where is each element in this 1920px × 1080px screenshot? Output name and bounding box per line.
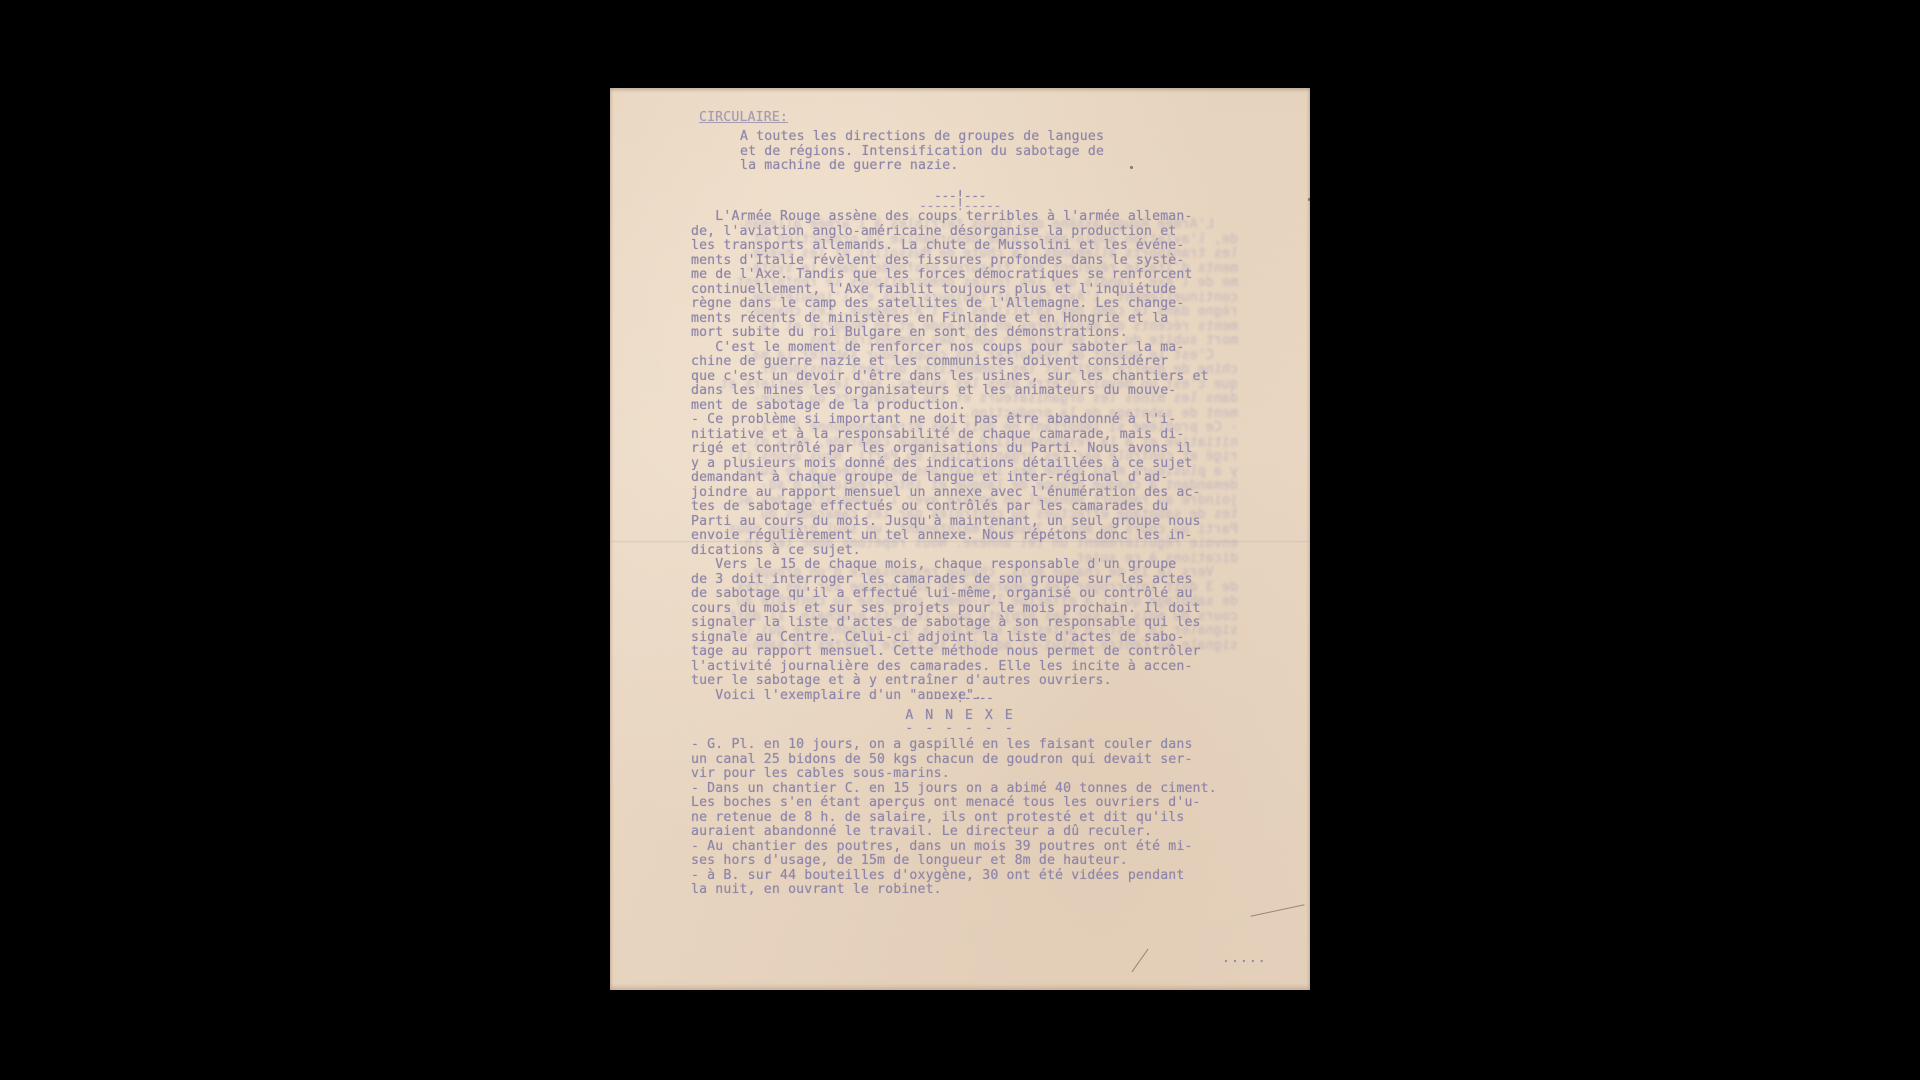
body-line: de 3 doit interroger les camarades de so… (691, 573, 1209, 588)
body-line: de sabotage qu'il a effectué lui-même, o… (691, 587, 1209, 602)
annex-title-underline: - - - - - - (610, 722, 1310, 737)
body-line: tuer le sabotage et à y entraîner d'autr… (691, 674, 1209, 689)
pen-mark (1250, 904, 1304, 916)
annex-line: Les boches s'en étant aperçus ont menacé… (691, 796, 1217, 811)
annex-separator: ----!---- (610, 692, 1310, 707)
annex-line: ne retenue de 8 h. de salaire, ils ont p… (691, 811, 1217, 826)
annex-line: - Dans un chantier C. en 15 jours on a a… (691, 782, 1217, 797)
body-line: joindre au rapport mensuel un annexe ave… (691, 486, 1209, 501)
annex-line: vir pour les cables sous-marins. (691, 767, 1217, 782)
body-line: - Ce problème si important ne doit pas ê… (691, 413, 1209, 428)
body-line: ments récents de ministères en Finlande … (691, 312, 1209, 327)
body-line: règne dans le camp des satellites de l'A… (691, 297, 1209, 312)
body-line: les transports allemands. La chute de Mu… (691, 239, 1209, 254)
annex-line: - à B. sur 44 bouteilles d'oxygène, 30 o… (691, 869, 1217, 884)
pen-mark (1132, 949, 1149, 973)
address-line: A toutes les directions de groupes de la… (740, 130, 1104, 145)
body-line: ment de sabotage de la production. (691, 399, 1209, 414)
body-line: de, l'aviation anglo-américaine désorgan… (691, 225, 1209, 240)
circular-body: L'Armée Rouge assène des coups terribles… (691, 210, 1209, 703)
body-line: continuellement, l'Axe faiblit toujours … (691, 283, 1209, 298)
body-line: tage au rapport mensuel. Cette méthode n… (691, 645, 1209, 660)
annex-line: ses hors d'usage, de 15m de longueur et … (691, 854, 1217, 869)
body-line: dications à ce sujet. (691, 544, 1209, 559)
body-line: demandant à chaque groupe de langue et i… (691, 471, 1209, 486)
document-page: L'Armée Rouge assène des coups terribles… (610, 88, 1310, 990)
annex-line: - G. Pl. en 10 jours, on a gaspillé en l… (691, 738, 1217, 753)
body-line: signaler la liste d'actes de sabotage à … (691, 616, 1209, 631)
address-line: la machine de guerre nazie. (740, 159, 1104, 174)
body-line: y a plusieurs mois donné des indications… (691, 457, 1209, 472)
continuation-ellipsis: ..... (1222, 952, 1267, 967)
body-line: l'activité journalière des camarades. El… (691, 660, 1209, 675)
body-line: tes de sabotage effectués ou contrôlés p… (691, 500, 1209, 515)
body-line: me de l'Axe. Tandis que les forces démoc… (691, 268, 1209, 283)
paper-speck (1130, 166, 1133, 169)
body-line: rigé et contrôlé par les organisations d… (691, 442, 1209, 457)
body-line: envoie régulièrement un tel annexe. Nous… (691, 529, 1209, 544)
annex-line: - Au chantier des poutres, dans un mois … (691, 840, 1217, 855)
body-line: chine de guerre nazie et les communistes… (691, 355, 1209, 370)
body-line: dans les mines les organisateurs et les … (691, 384, 1209, 399)
annex-line: la nuit, en ouvrant le robinet. (691, 883, 1217, 898)
image-viewer: L'Armée Rouge assène des coups terribles… (0, 0, 1920, 1080)
circular-label: CIRCULAIRE: (699, 111, 788, 126)
annex-line: un canal 25 bidons de 50 kgs chacun de g… (691, 753, 1217, 768)
circular-address: A toutes les directions de groupes de la… (740, 130, 1104, 174)
body-line: Parti au cours du mois. Jusqu'à maintena… (691, 515, 1209, 530)
body-line: signale au Centre. Celui-ci adjoint la l… (691, 631, 1209, 646)
paper-speck (1308, 198, 1310, 201)
annex-line: auraient abandonné le travail. Le direct… (691, 825, 1217, 840)
body-line: nitiative et à la responsabilité de chaq… (691, 428, 1209, 443)
body-line: cours du mois et sur ses projets pour le… (691, 602, 1209, 617)
body-line: ments d'Italie révèlent des fissures pro… (691, 254, 1209, 269)
annex-list: - G. Pl. en 10 jours, on a gaspillé en l… (691, 738, 1217, 898)
body-line: C'est le moment de renforcer nos coups p… (691, 341, 1209, 356)
body-line: Vers le 15 de chaque mois, chaque respon… (691, 558, 1209, 573)
address-line: et de régions. Intensification du sabota… (740, 145, 1104, 160)
body-line: L'Armée Rouge assène des coups terribles… (691, 210, 1209, 225)
body-line: mort subite du roi Bulgare en sont des d… (691, 326, 1209, 341)
body-line: que c'est un devoir d'être dans les usin… (691, 370, 1209, 385)
